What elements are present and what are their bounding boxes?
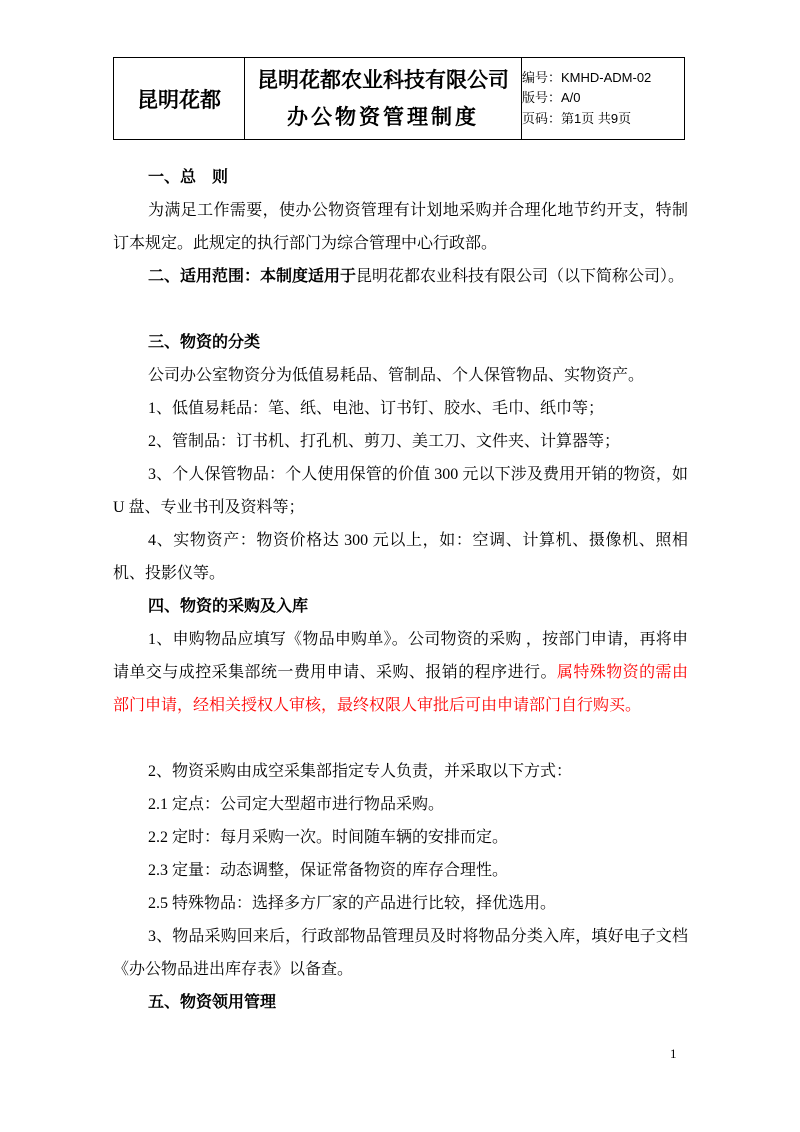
company-logo-cell: 昆明花都 (114, 58, 245, 140)
section-3-item-1: 1、低值易耗品：笔、纸、电池、订书钉、胶水、毛巾、纸巾等； (113, 392, 688, 425)
section-2-text: 昆明花都农业科技有限公司（以下简称公司）。 (356, 268, 684, 285)
section-3-item-2: 2、管制品：订书机、打孔机、剪刀、美工刀、文件夹、计算器等； (113, 425, 688, 458)
section-4-item-1: 1、申购物品应填写《物品申购单》。公司物资的采购 ，按部门申请，再将申请单交与成… (113, 623, 688, 722)
section-4-item-2-3: 2.3 定量：动态调整，保证常备物资的库存合理性。 (113, 854, 688, 887)
document-number: 编号：KMHD-ADM-02 (522, 68, 684, 89)
document-body: 一、总 则 为满足工作需要，使办公物资管理有计划地采购并合理化地节约开支，特制订… (113, 161, 688, 1019)
section-1-heading: 一、总 则 (113, 161, 688, 194)
document-title-cell: 昆明花都农业科技有限公司 办公物资管理制度 (245, 58, 522, 140)
document-version: 版号：A/0 (522, 88, 684, 109)
company-logo-text: 昆明花都 (137, 89, 221, 112)
section-2-heading: 二、适用范围：本制度适用于 (148, 268, 356, 285)
section-2-paragraph: 二、适用范围：本制度适用于昆明花都农业科技有限公司（以下简称公司）。 (113, 260, 688, 293)
section-4-item-2-5: 2.5 特殊物品：选择多方厂家的产品进行比较，择优选用。 (113, 887, 688, 920)
section-3-item-4: 4、实物资产：物资价格达 300 元以上，如：空调、计算机、摄像机、照相机、投影… (113, 524, 688, 590)
section-3-item-3: 3、个人保管物品：个人使用保管的价值 300 元以下涉及费用开销的物资，如 U … (113, 458, 688, 524)
document-header-table: 昆明花都 昆明花都农业科技有限公司 办公物资管理制度 编号：KMHD-ADM-0… (113, 57, 685, 140)
document-title: 办公物资管理制度 (245, 99, 521, 136)
page-number: 1 (670, 1046, 677, 1062)
document-page: 昆明花都 昆明花都农业科技有限公司 办公物资管理制度 编号：KMHD-ADM-0… (0, 0, 800, 1132)
document-meta-cell: 编号：KMHD-ADM-02 版号：A/0 页码：第1页 共9页 (522, 58, 685, 140)
section-3-heading: 三、物资的分类 (113, 326, 688, 359)
blank-line (113, 722, 688, 755)
section-4-item-3: 3、物品采购回来后，行政部物品管理员及时将物品分类入库，填好电子文档《办公物品进… (113, 920, 688, 986)
blank-line (113, 293, 688, 326)
section-5-heading: 五、物资领用管理 (113, 986, 688, 1019)
company-name: 昆明花都农业科技有限公司 (245, 62, 521, 99)
section-4-item-2-1: 2.1 定点：公司定大型超市进行物品采购。 (113, 788, 688, 821)
document-page-count: 页码：第1页 共9页 (522, 109, 684, 130)
header-row: 昆明花都 昆明花都农业科技有限公司 办公物资管理制度 编号：KMHD-ADM-0… (114, 58, 685, 140)
section-4-item-2: 2、物资采购由成空采集部指定专人负责，并采取以下方式： (113, 755, 688, 788)
section-4-heading: 四、物资的采购及入库 (113, 590, 688, 623)
section-3-intro: 公司办公室物资分为低值易耗品、管制品、个人保管物品、实物资产。 (113, 359, 688, 392)
section-4-item-2-2: 2.2 定时：每月采购一次。时间随车辆的安排而定。 (113, 821, 688, 854)
section-1-paragraph: 为满足工作需要，使办公物资管理有计划地采购并合理化地节约开支，特制订本规定。此规… (113, 194, 688, 260)
